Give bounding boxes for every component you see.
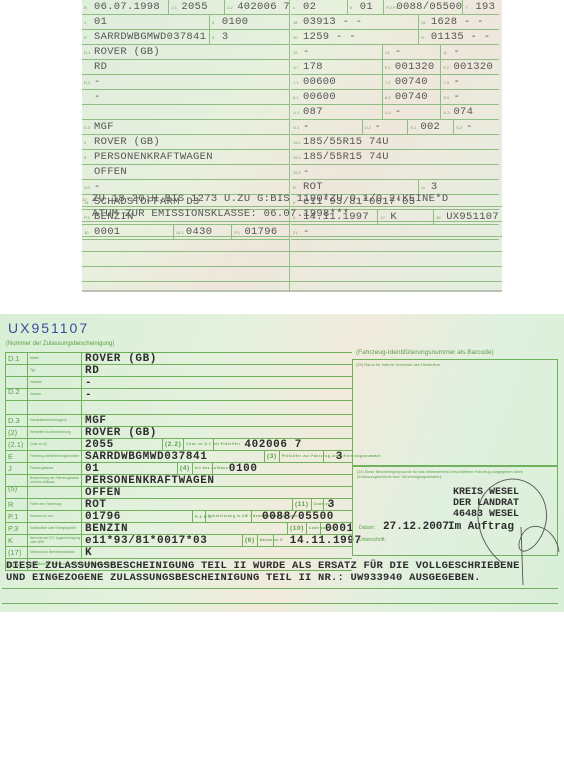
field-label: 5 [84,155,92,160]
record-cell: S.1002 [408,120,454,134]
blank-line [82,222,502,237]
field-d1: D.1 Marke ROVER (GB) [6,353,352,365]
field-k: K Nummer der EG-Typgenehmigung oder ABE … [6,535,352,547]
field-label: G [421,35,429,40]
blank-line [82,237,502,252]
record-row: 8.1006008.2007408.3- [291,90,499,105]
field-value: 193 [475,1,495,13]
record-cell [82,105,290,119]
record-row: U.1087U.2-U.3074 [291,105,499,120]
field-5-line2: OFFEN [6,487,352,499]
field-label: O.2 [365,125,373,130]
field-value: PERSONENKRAFTWAGEN [94,151,213,163]
barcode-caption: (Fahrzeug-Identifizierungsnummer als Bar… [356,349,494,356]
field-label: B [84,5,92,10]
field-label: 7.3 [443,80,451,85]
field-label: 8.2 [385,95,393,100]
record-cell: 13- [383,45,442,59]
record-cell: 15.1185/55R15 74U [291,135,499,149]
record-cell: P.2 P.40088/05500 [384,0,463,14]
field-value: 087 [303,106,323,118]
record-row [82,105,290,120]
record-cell: J01 [82,15,210,29]
field-label: U.3 [443,110,451,115]
record-cell: 201259 - - [291,30,419,44]
field-label: 19 [421,20,429,25]
field-value: 00600 [303,76,336,88]
record-cell: 8.200740 [383,90,442,104]
make-value: ROVER (GB) [82,353,352,364]
field-value: 2055 [181,1,207,13]
record-row: 7.1006007.2007407.3- [291,75,499,90]
field-value: 00740 [395,76,428,88]
field-value: 3 [222,31,229,43]
field-value: 03913 - - [303,16,362,28]
type-approval-value: e11*93/81*0017*03 [85,535,207,547]
field-3: (3) Prüfziffer zur Fahrzeug-Identifizier… [264,451,343,462]
record-cell: Q- [441,45,499,59]
field-label: D.3 [84,125,92,130]
field-value: 01135 - - [431,31,490,43]
record-cell: - [82,90,290,104]
record-cell: 2.12055 [169,0,225,14]
record-cell: 8.3- [441,90,499,104]
field-value: - [94,76,101,88]
field-6: (6) Datum zu K 14.11.1997 [242,535,362,546]
field-value: - [94,91,101,103]
certificate-number: UX951107 [8,320,89,336]
field-4: (4) Art des Aufbaus 0100 [177,463,258,474]
authority-remarks: DIESE ZULASSUNGSBESCHEINIGUNG TEIL II WU… [0,560,564,604]
record-row: B06.07.19982.120552.2402006 7 [82,0,290,15]
remarks-line-2: UND EINGEZOGENE ZULASSUNGSBESCHEINIGUNG … [0,572,564,584]
record-cell: 2ROVER (GB) [82,135,290,149]
field-label: D.1 [84,50,92,55]
record-cell: U.1087 [291,105,383,119]
field-label: R [293,185,301,190]
field-value: - [453,76,460,88]
field-value: 185/55R15 74U [303,136,389,148]
record-row: L02901P.2 P.40088/05500T193 [291,0,499,15]
field-value: 001320 [395,61,435,73]
record-cell: ESARRDWBGMWD037841 [82,30,210,44]
field-value: - [303,121,310,133]
field-label: 7.2 [385,80,393,85]
field-j: J Fahrzeugklasse 01 (4) Art des Aufbaus … [6,463,352,475]
record-cell: 8.100600 [291,90,383,104]
record-cell: 7.100600 [291,75,383,89]
field-2-2: (2.2) Code zu D.2 mit Prüfziffer 402006 … [162,439,302,450]
field-label: 11 [421,185,429,190]
field-value: 0088/05500 [396,1,462,13]
record-row: 2ROVER (GB) [82,135,290,150]
field-value: MGF [94,121,114,133]
field-label: 9 [350,5,358,10]
field-d3: D.3 Handelsbezeichnung(en) MGF [6,415,352,427]
record-cell: D.1ROVER (GB) [82,45,290,59]
field-value: ROVER (GB) [94,46,160,58]
blank-line [82,267,502,282]
field-label: 8.3 [443,95,451,100]
field-label: 2 [84,140,92,145]
field-value: 001320 [453,61,493,73]
record-cell: U.2- [383,105,442,119]
record-row: 15.1185/55R15 74U [291,135,499,150]
record-cell: F.1001320 [383,60,442,74]
field-label: V.7 [293,65,301,70]
record-row: OFFEN [82,165,290,180]
field-d2-typ: Typ RD [6,365,352,377]
record-cell: 5PERSONENKRAFTWAGEN [82,150,290,164]
record-cell: O.2- [363,120,409,134]
remarks-line-1: 22 ZU 18-20:H.BIS 1273 U.ZU G:BIS 1190*Z… [82,192,502,207]
record-cell: 901 [348,0,385,14]
field-value: - [395,46,402,58]
field-value: 00740 [395,91,428,103]
record-row: D.3MGF [82,120,290,135]
remarks-line-1: DIESE ZULASSUNGSBESCHEINIGUNG TEIL II WU… [0,560,564,572]
field-label: J [84,20,92,25]
field-p3: P.3 Kraftstoffart oder Energiequelle BEN… [6,523,352,535]
remarks-line-2: ATUM ZUR EMISSIONSKLASSE: 06.07.1998*** [82,207,502,222]
field-value: 00600 [303,91,336,103]
field-label: S.2 [456,125,464,130]
field-value: ROVER (GB) [94,136,160,148]
field-value: OFFEN [94,166,127,178]
field-5-block: (5) Bezeichnung der Fahrzeugklasse und d… [6,475,352,499]
field-label: 18 [293,20,301,25]
field-label: F.1 [385,65,393,70]
record-cell: 15.3- [291,165,499,179]
field-value: 1628 - - [431,16,484,28]
field-label: V.9 [84,185,92,190]
field-label: 20 [293,35,301,40]
field-value: - [453,46,460,58]
field-label: L [293,5,301,10]
record-cell: G01135 - - [419,30,499,44]
record-row: 201259 - -G01135 - - [291,30,499,45]
field-label: P.2 P.4 [386,5,394,10]
field-e: E Fahrzeug-Identifizierungsnummer SARRDW… [6,451,352,463]
record-row: 5PERSONENKRAFTWAGEN [82,150,290,165]
field-10: (10) Code zu P.3 0001 [287,523,354,534]
field-label: U.2 [385,110,393,115]
record-row: J0140100 [82,15,290,30]
record-row: 12-13-Q- [291,45,499,60]
field-value: 178 [303,61,323,73]
field-value: - [453,91,460,103]
certificate-number-caption: (Nummer der Zulassungsbescheinigung) [6,341,114,347]
field-value: SARRDWBGMWD037841 [94,31,206,43]
record-row: V.7178F.1001320F.2001320 [291,60,499,75]
record-cell: 7.200740 [383,75,442,89]
record-cell: 7.3- [441,75,499,89]
field-label: F.2 [443,65,451,70]
field-label: 2.2 [227,5,235,10]
field-2-1: (2.1) Code zu (2) 2055 (2.2) Code zu D.2… [6,439,352,451]
field-label: 12 [293,50,301,55]
field-label: Q [443,50,451,55]
field-label: T [465,5,473,10]
field-d2-version: Version - [6,389,352,401]
field-value: 1259 - - [303,31,356,43]
record-cell: 15.2185/55R15 74U [291,150,499,164]
field-value: RD [94,61,107,73]
field-2: (2) Hersteller-Kurzbezeichnung ROVER (GB… [6,427,352,439]
record-row: RD [82,60,290,75]
record-cell: S.2- [454,120,499,134]
field-label: 22 [82,197,90,202]
record-row: - [82,90,290,105]
record-row: 1803913 - -191628 - - [291,15,499,30]
record-cell: 1803913 - - [291,15,419,29]
field-value: 0100 [222,16,248,28]
field-label: 15.2 [293,155,301,160]
field-d2-block: D.2 Typ RD Variante - Version - [6,365,352,415]
field-label: 4 [212,20,220,25]
issuing-authority: KREIS WESEL DER LANDRAT 46483 WESEL [453,487,519,520]
record-cell: 12- [291,45,383,59]
record-cell: T193 [463,0,499,14]
record-cell: 191628 - - [419,15,499,29]
field-d2-variante: Variante - [6,377,352,389]
field-label: 3 [212,35,220,40]
field-value: 074 [453,106,473,118]
previous-registration-scan: B06.07.19982.120552.2402006 7J0140100ESA… [82,0,502,292]
field-value: - [375,121,382,133]
record-cell: OFFEN [82,165,290,179]
record-cell: L02 [291,0,348,14]
record-row: 15.2185/55R15 74U [291,150,499,165]
record-cell: B06.07.1998 [82,0,169,14]
record-cell: U.3074 [441,105,499,119]
field-label: 7.1 [293,80,301,85]
field-value: - [303,46,310,58]
manufacturer-notes-panel: (23) Raum für interne Vermerke des Herst… [352,359,558,466]
field-label: O.1 [293,125,301,130]
field-label: E [84,35,92,40]
field-value: 06.07.1998 [94,1,160,13]
record-row: D.1ROVER (GB) [82,45,290,60]
record-cell: D.2- [82,75,290,89]
vehicle-data-grid: D.1 Marke ROVER (GB) D.2 Typ RD Variante… [5,352,352,571]
record-cell: V.7178 [291,60,383,74]
field-label: 15.3 [293,170,301,175]
field-label: 15.1 [293,140,301,145]
field-5-line1: Bezeichnung der Fahrzeugklasse und des A… [6,475,352,487]
record-cell: F.2001320 [441,60,499,74]
field-value: 02 [303,1,316,13]
record-cell: D.3MGF [82,120,290,134]
im-auftrag: Im Auftrag [448,521,514,533]
field-value: - [303,166,310,178]
field-value: 185/55R15 74U [303,151,389,163]
remarks-section: 22 ZU 18-20:H.BIS 1273 U.ZU G:BIS 1190*Z… [82,192,502,282]
field-label: D.2 [84,80,92,85]
registration-certificate-part-2: UX951107 (Nummer der Zulassungsbescheini… [0,314,564,612]
field-r: R Farbe des Fahrzeugs ROT (11) Code zu R… [6,499,352,511]
field-11: (11) Code zu R 3 [292,499,335,510]
field-value: - [395,106,402,118]
field-label: S.1 [410,125,418,130]
record-row: D.2- [82,75,290,90]
field-value: 01 [94,16,107,28]
blank-line [82,252,502,267]
record-cell: 40100 [210,15,290,29]
field-label: 13 [385,50,393,55]
field-d2-spacer [6,401,352,415]
field-p2-p4: P.2 P.4 Nennleistung in kW / Nenndrehzah… [192,511,334,522]
field-label: U.1 [293,110,301,115]
record-row: 15.3- [291,165,499,180]
vin-value: SARRDWBGMWD037841 [85,451,207,463]
record-row: O.1-O.2-S.1002S.2- [291,120,499,135]
record-cell: 2.2402006 7 [225,0,290,14]
field-label: 8.1 [293,95,301,100]
record-cell: O.1- [291,120,363,134]
field-label: 2.1 [171,5,179,10]
field-value: 01 [360,1,373,13]
record-cell: 33 [210,30,290,44]
field-value: 402006 7 [237,1,290,13]
divider [2,603,558,604]
record-cell: RD [82,60,290,74]
record-row: ESARRDWBGMWD03784133 [82,30,290,45]
field-value: 002 [420,121,440,133]
field-p1: P.1 Hubraum in cm³ 01796 P.2 P.4 Nennlei… [6,511,352,523]
issue-date: 27.12.2007 [383,521,449,533]
field-value: - [466,121,473,133]
field-17: (17) Merkmal zur Betriebserlaubnis K [6,547,352,559]
issuing-authority-panel: (24) Diese Bescheinigung wurde für das n… [352,466,558,556]
